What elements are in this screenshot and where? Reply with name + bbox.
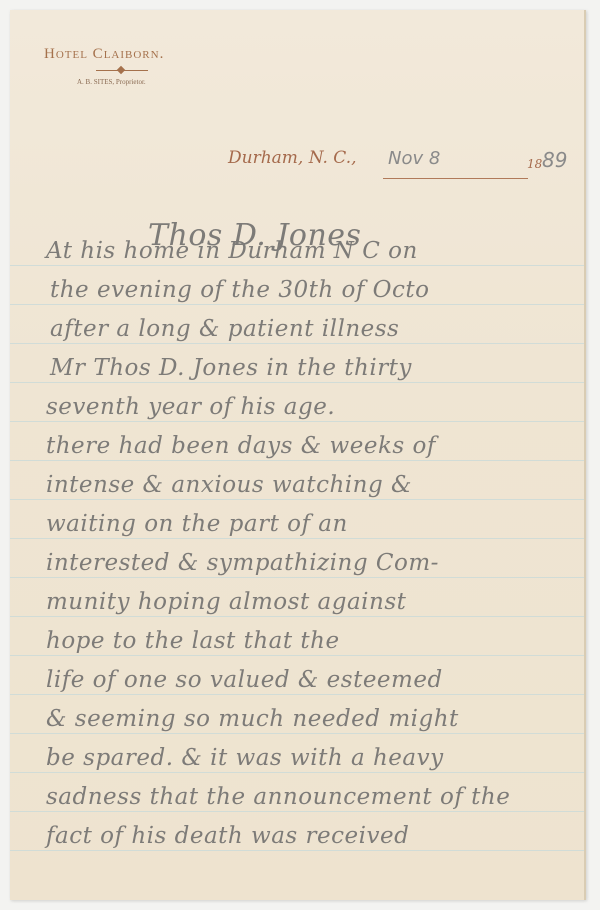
ruled-line — [10, 655, 584, 656]
hotel-name: Hotel Claiborn. — [44, 46, 164, 63]
ruled-line — [10, 772, 584, 773]
ruled-line — [10, 304, 584, 305]
letter-line: be spared. & it was with a heavy — [46, 745, 444, 771]
ruled-line — [10, 577, 584, 578]
ruled-line — [10, 733, 584, 734]
letter-line: interested & sympathizing Com- — [46, 550, 439, 576]
letter-line: waiting on the part of an — [46, 511, 348, 537]
letter-line: sadness that the announcement of the — [46, 784, 510, 810]
ruled-line — [10, 850, 584, 851]
ruled-line — [10, 616, 584, 617]
letter-line: Mr Thos D. Jones in the thirty — [50, 355, 412, 381]
ornament-diamond-icon — [117, 66, 125, 74]
ruled-line — [10, 421, 584, 422]
dateline-year-suffix: 89 — [542, 148, 567, 172]
ruled-line — [10, 343, 584, 344]
letter-line: there had been days & weeks of — [46, 433, 436, 459]
letter-line: & seeming so much needed might — [46, 706, 459, 732]
letter-line: hope to the last that the — [46, 628, 340, 654]
ruled-line — [10, 265, 584, 266]
letter-line: seventh year of his age. — [46, 394, 335, 420]
ruled-line — [10, 811, 584, 812]
letter-line: fact of his death was received — [46, 823, 409, 849]
ruled-line — [10, 382, 584, 383]
letter-line: munity hoping almost against — [46, 589, 406, 615]
date-underline — [383, 178, 528, 179]
dateline-year-prefix: 18 — [527, 157, 542, 171]
ruled-line — [10, 538, 584, 539]
letter-line: the evening of the 30th of Octo — [50, 277, 430, 303]
dateline-month-day: Nov 8 — [388, 148, 440, 169]
ruled-line — [10, 694, 584, 695]
ruled-line — [10, 460, 584, 461]
letter-line: life of one so valued & esteemed — [46, 667, 443, 693]
proprietor-line: A. B. SITES, Proprietor. — [77, 78, 146, 86]
letter-line: intense & anxious watching & — [46, 472, 412, 498]
ruled-line — [10, 499, 584, 500]
dateline-place: Durham, N. C., — [228, 148, 357, 168]
letter-page: Hotel Claiborn. A. B. SITES, Proprietor.… — [10, 10, 586, 900]
letter-line: At his home in Durham N C on — [46, 238, 418, 264]
letter-line: after a long & patient illness — [50, 316, 399, 342]
